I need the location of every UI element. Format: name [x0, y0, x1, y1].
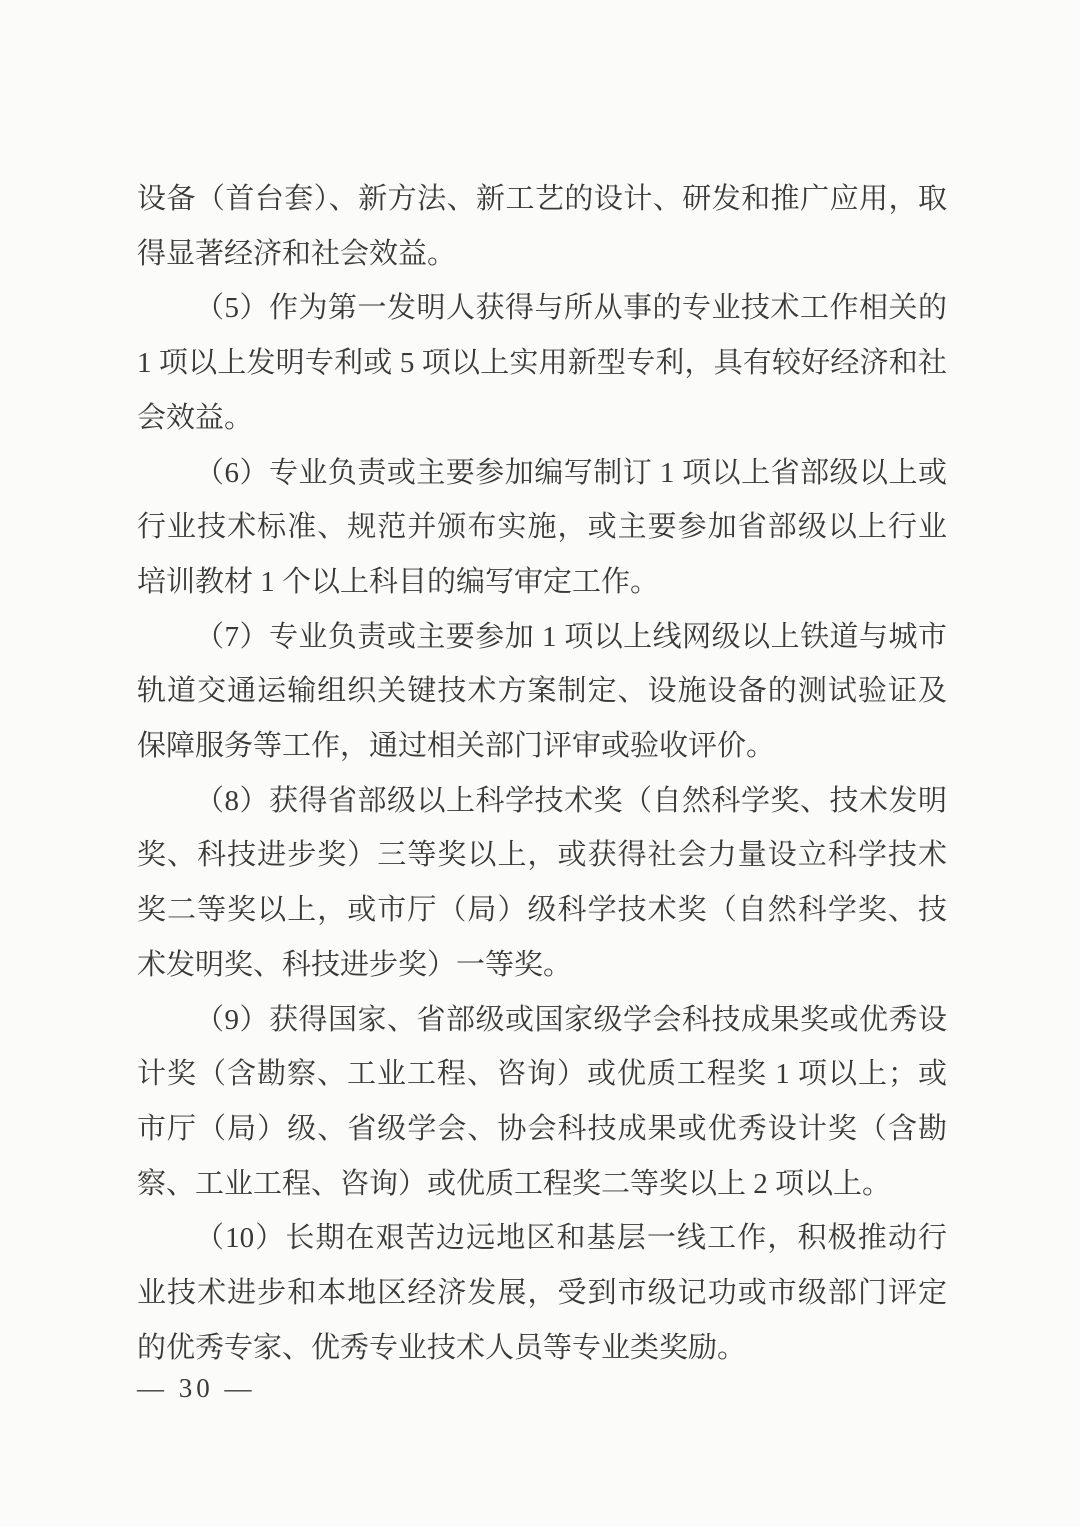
paragraph-item-9: （9）获得国家、省部级或国家级学会科技成果奖或优秀设计奖（含勘察、工业工程、咨询…: [137, 993, 947, 1212]
paragraph-item-6: （6）专业负责或主要参加编写制订 1 项以上省部级以上或行业技术标准、规范并颁布…: [137, 446, 947, 610]
paragraph-item-10: （10）长期在艰苦边远地区和基层一线工作，积极推动行业技术进步和本地区经济发展，…: [137, 1211, 947, 1375]
paragraph-item-8: （8）获得省部级以上科学技术奖（自然科学奖、技术发明奖、科技进步奖）三等奖以上，…: [137, 774, 947, 993]
document-body-text: 设备（首台套）、新方法、新工艺的设计、研发和推广应用，取得显著经济和社会效益。 …: [137, 172, 947, 1375]
paragraph-item-7: （7）专业负责或主要参加 1 项以上线网级以上铁道与城市轨道交通运输组织关键技术…: [137, 610, 947, 774]
page-number: — 30 —: [137, 1372, 256, 1404]
paragraph-item-5: （5）作为第一发明人获得与所从事的专业技术工作相关的 1 项以上发明专利或 5 …: [137, 281, 947, 445]
document-page: 设备（首台套）、新方法、新工艺的设计、研发和推广应用，取得显著经济和社会效益。 …: [0, 0, 1080, 1527]
paragraph-continuation: 设备（首台套）、新方法、新工艺的设计、研发和推广应用，取得显著经济和社会效益。: [137, 172, 947, 281]
